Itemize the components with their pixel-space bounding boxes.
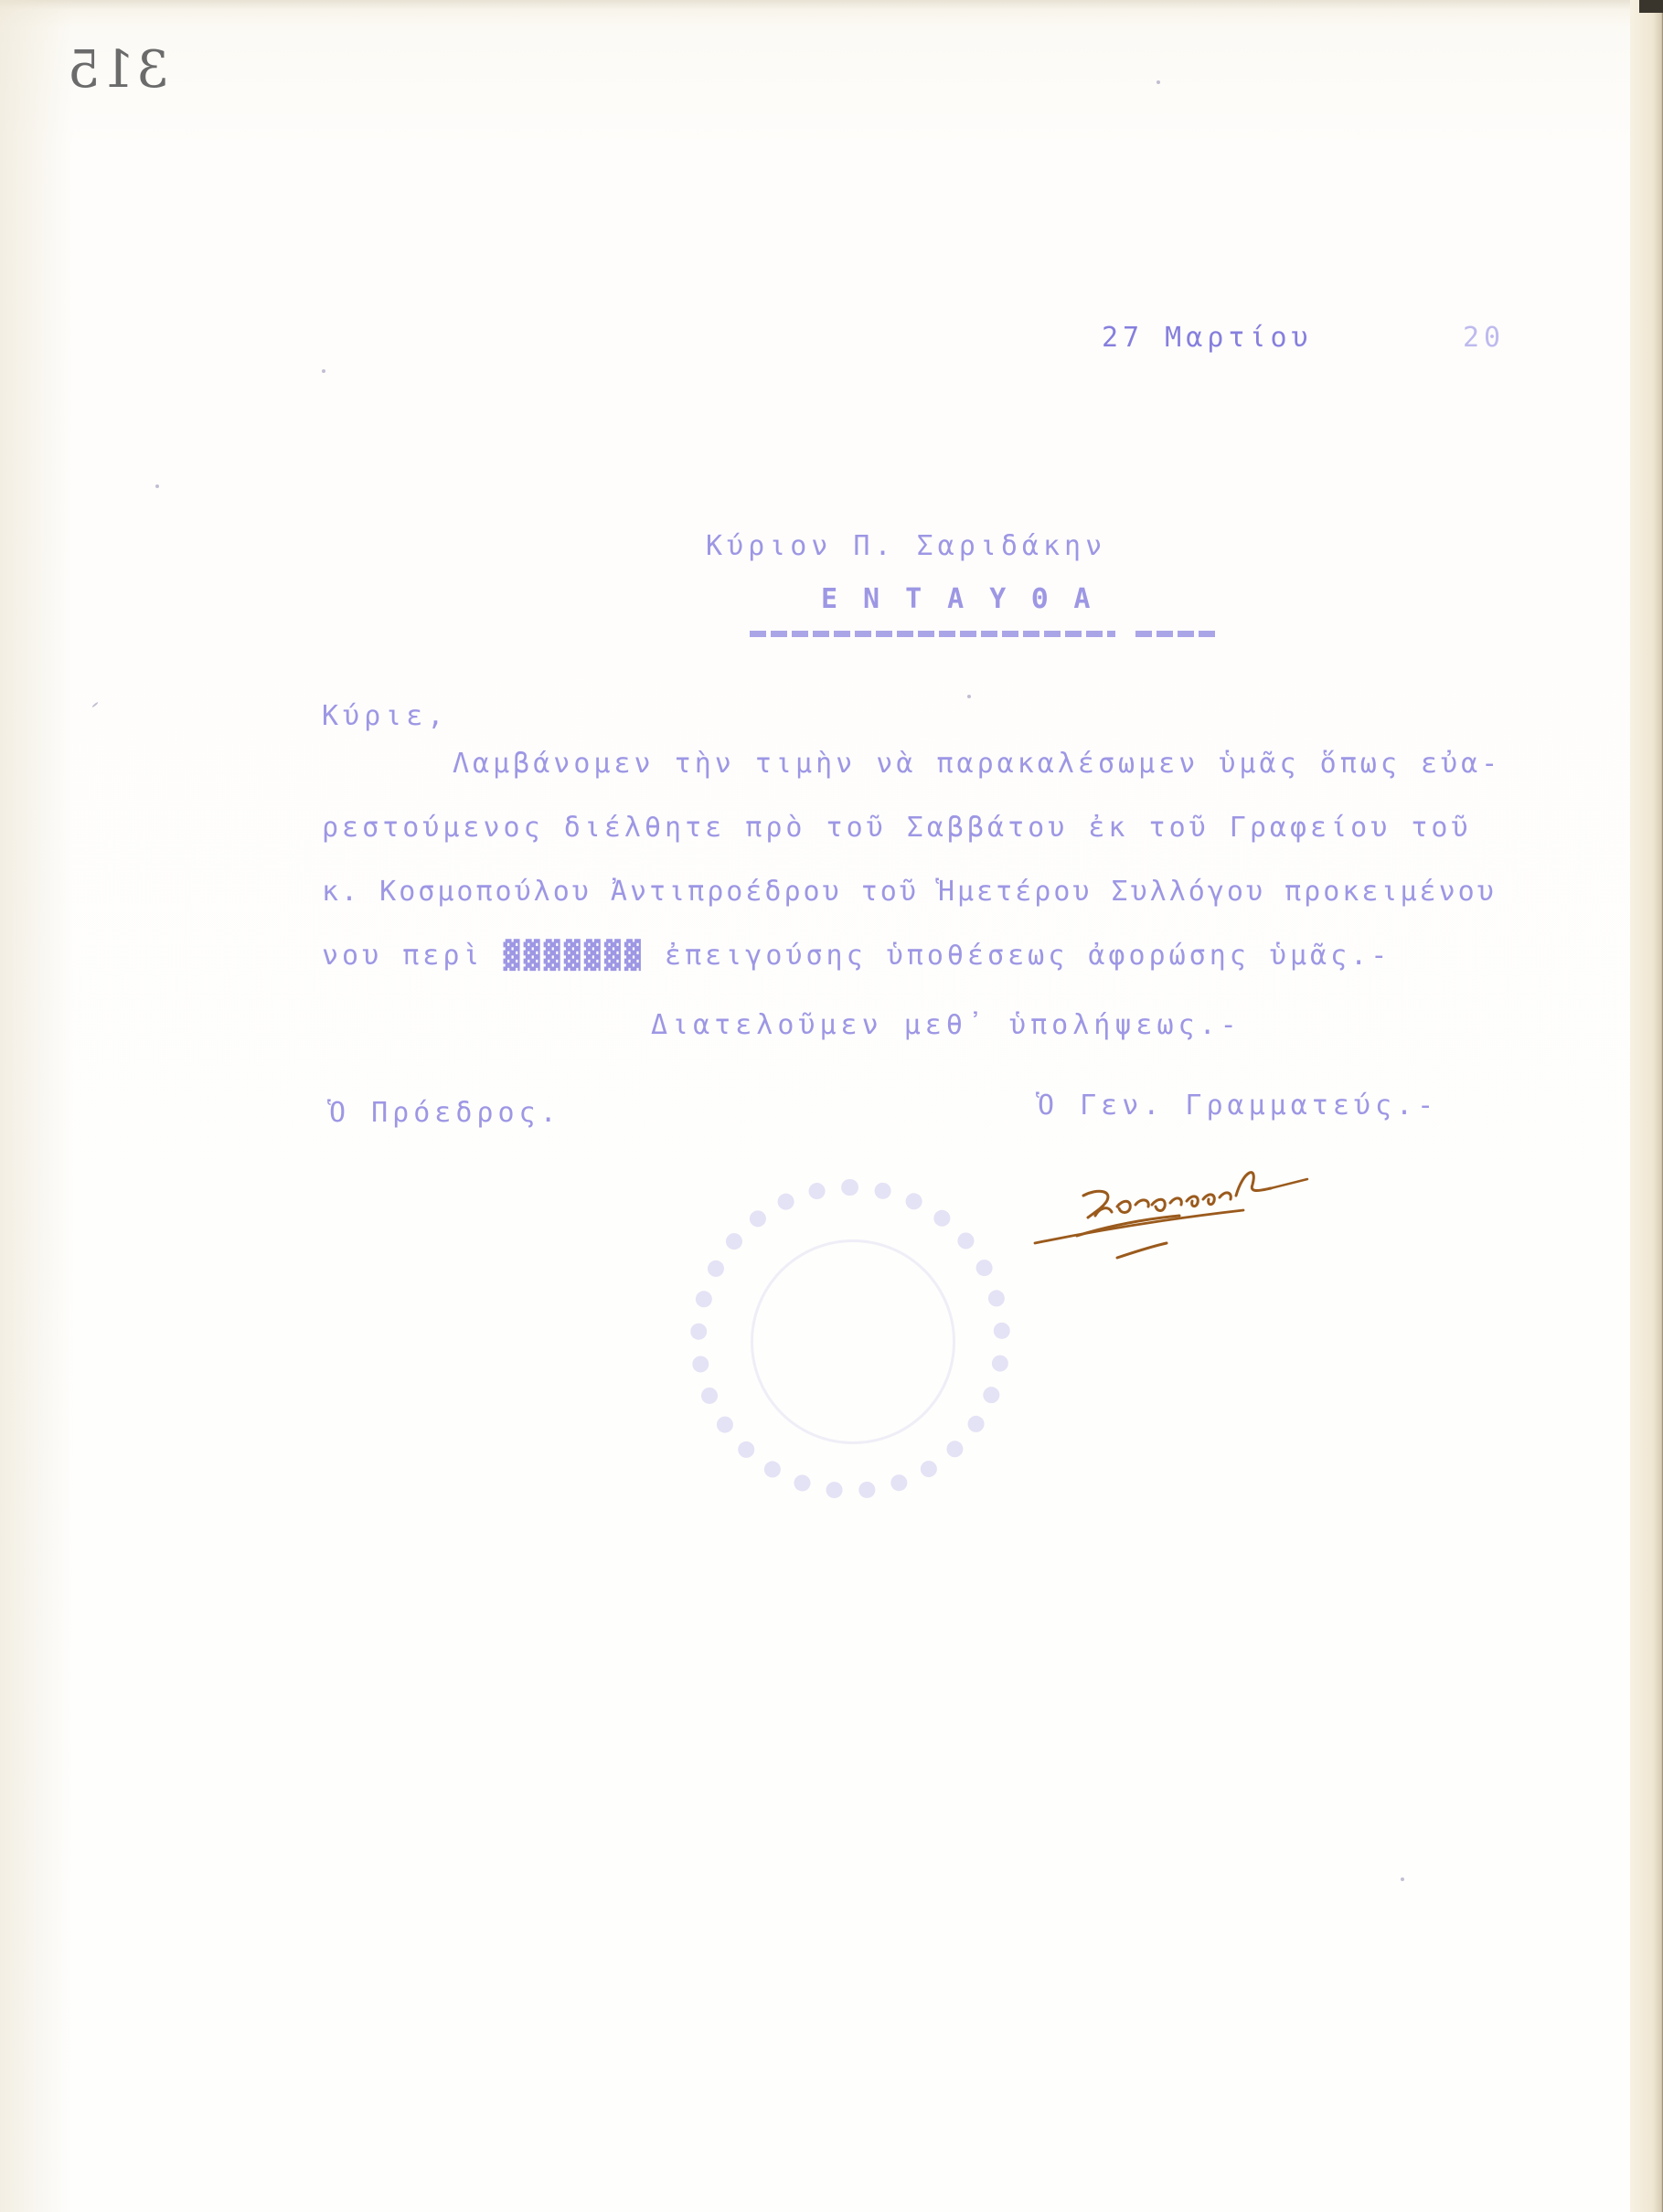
body-line-4: νου περὶ ▓▓▓▓▓▓▓ ἐπειγούσης ὑποθέσεως ἀφ… — [322, 940, 1391, 972]
paper-speck — [967, 695, 971, 698]
date-year: 20 — [1463, 322, 1505, 354]
paper-speck — [155, 484, 159, 488]
date-day-month: 27 Μαρτίου — [1102, 322, 1313, 354]
recipient-location: ΕΝΤΑΥΘΑ — [821, 583, 1115, 615]
signature-title-secretary: Ὁ Γεν. Γραμματεύς.- — [1038, 1090, 1438, 1122]
handwritten-signature — [997, 1152, 1344, 1271]
paper-right-fold — [1630, 0, 1663, 2212]
body-line-2: ρεστούμενος διέλθητε πρὸ τοῦ Σαββάτου ἐκ… — [322, 812, 1472, 844]
folio-number: 315 — [66, 40, 169, 100]
recipient-name: Κύριον Π. Σαριδάκην — [706, 530, 1106, 562]
body-line-3: κ. Κοσμοπούλου Ἀντιπροέδρου τοῦ Ἡμετέρου… — [322, 876, 1497, 908]
signature-title-president: Ὁ Πρόεδρος. — [329, 1097, 561, 1129]
closing-line: Διατελοῦμεν μεθ᾽ ὑπολήψεως.- — [651, 1009, 1242, 1041]
paper-left-shade — [0, 0, 73, 2212]
salutation: Κύριε, — [322, 700, 448, 732]
seal-stamp — [690, 1179, 1010, 1499]
paper-speck — [322, 369, 325, 373]
body-line-1: Λαμβάνομεν τὴν τιμὴν νὰ παρακαλέσωμεν ὑμ… — [453, 748, 1501, 780]
paper-top-edge — [0, 0, 1663, 9]
paper-speck — [1401, 1877, 1404, 1881]
paper-speck — [1157, 80, 1160, 84]
recipient-underline — [750, 631, 1207, 640]
binding-corner — [1639, 0, 1663, 13]
